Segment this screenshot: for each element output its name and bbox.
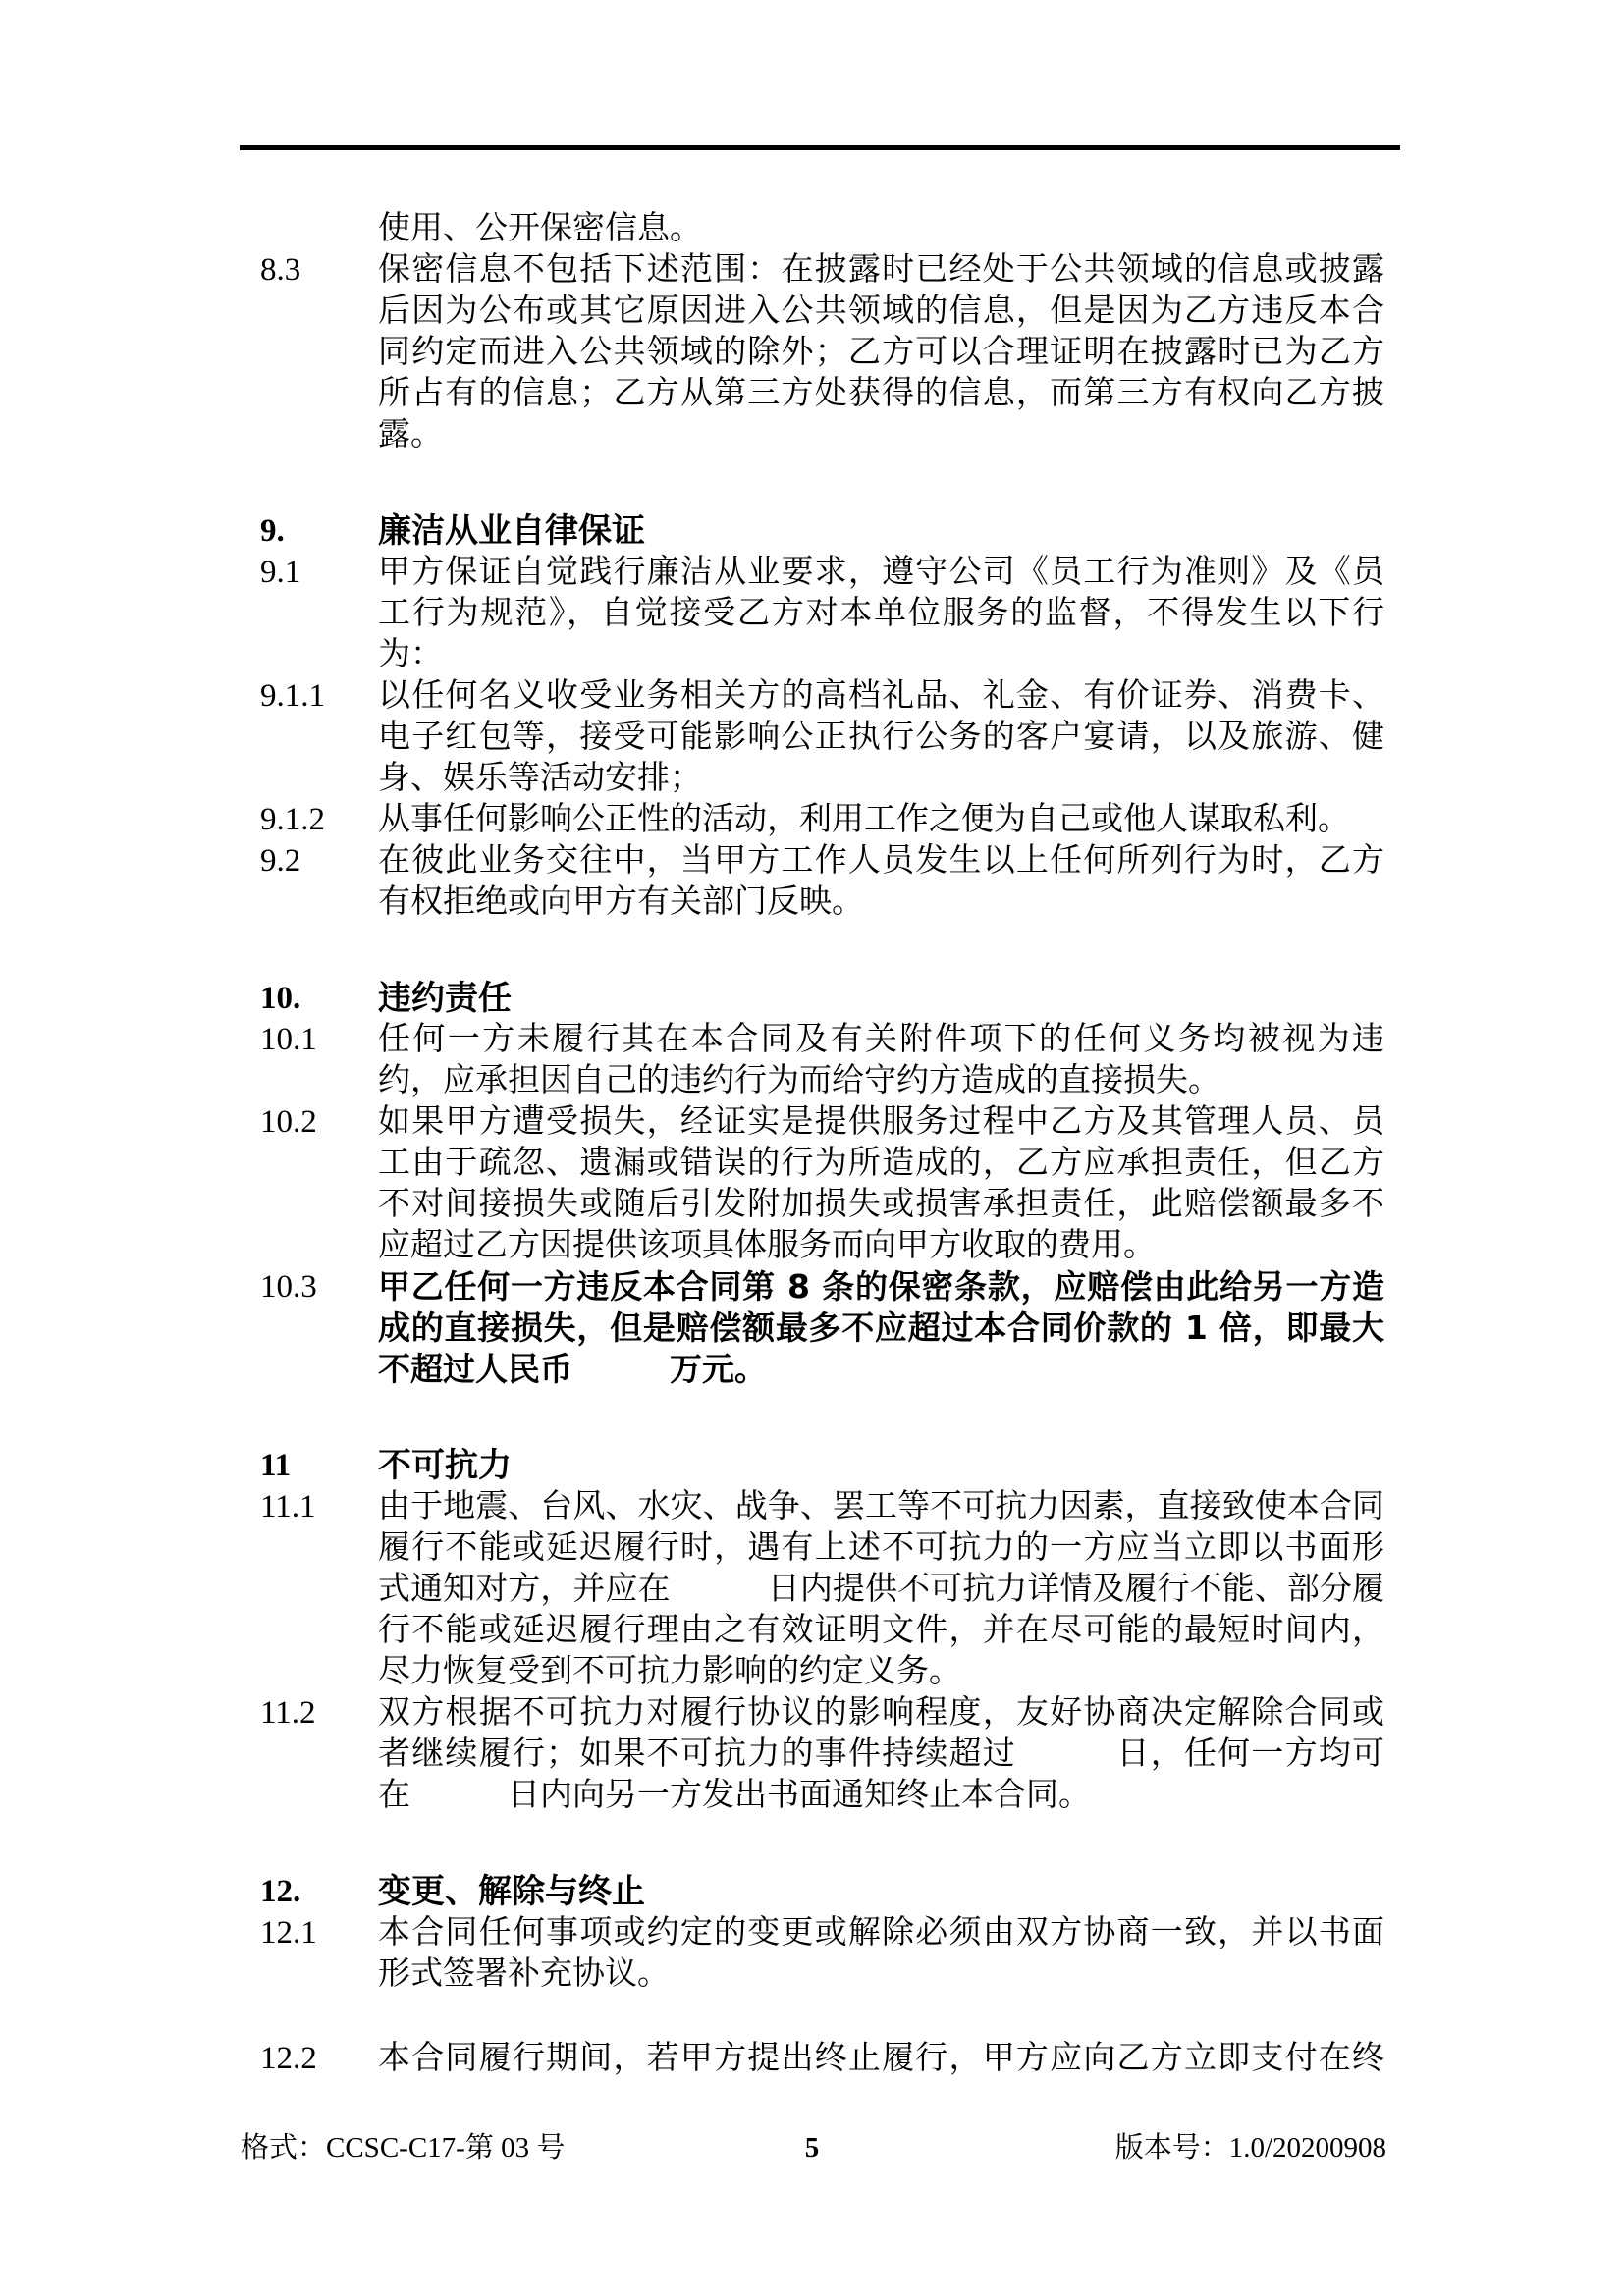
text-line: 由于地震、台风、水灾、战争、罢工等不可抗力因素，直接致使本合同 (378, 1486, 1384, 1527)
clause-11-2: 11.2双方根据不可抗力对履行协议的影响程度，友好协商决定解除合同或者继续履行；… (0, 1692, 1624, 1816)
clause-text: 由于地震、台风、水灾、战争、罢工等不可抗力因素，直接致使本合同履行不能或延迟履行… (378, 1486, 1384, 1692)
clause-8-3: 8.3保密信息不包括下述范围：在披露时已经处于公共领域的信息或披露后因为公布或其… (0, 249, 1624, 455)
clause-text: 任何一方未履行其在本合同及有关附件项下的任何义务均被视为违约，应承担因自己的违约… (378, 1019, 1384, 1101)
clause-text: 甲方保证自觉践行廉洁从业要求，遵守公司《员工行为准则》及《员工行为规范》，自觉接… (378, 552, 1384, 675)
continuation-line: 使用、公开保密信息。 (0, 208, 1624, 249)
clause-text: 双方根据不可抗力对履行协议的影响程度，友好协商决定解除合同或者继续履行；如果不可… (378, 1692, 1384, 1816)
text-line: 为： (378, 634, 1384, 675)
text-line: 式通知对方，并应在 日内提供不可抗力详情及履行不能、部分履 (378, 1569, 1384, 1610)
clause-number: 11.2 (260, 1692, 378, 1734)
section-heading-12: 12.变更、解除与终止 (0, 1871, 1624, 1912)
text-line: 双方根据不可抗力对履行协议的影响程度，友好协商决定解除合同或 (378, 1692, 1384, 1734)
clause-number: 10.1 (260, 1019, 378, 1060)
clause-number: 12.1 (260, 1912, 378, 1953)
text-line: 应超过乙方因提供该项具体服务而向甲方收取的费用。 (378, 1225, 1384, 1266)
clause-number: 8.3 (260, 249, 378, 291)
clause-number: 9.2 (260, 840, 378, 881)
clause-text: 不可抗力 (378, 1445, 1384, 1486)
clause-number: 12. (260, 1871, 378, 1912)
text-line: 廉洁从业自律保证 (378, 510, 1384, 552)
clause-number: 9.1 (260, 552, 378, 593)
text-line: 所占有的信息；乙方从第三方处获得的信息，而第三方有权向乙方披 (378, 373, 1384, 414)
clause-text: 从事任何影响公正性的活动，利用工作之便为自己或他人谋取私利。 (378, 799, 1384, 840)
text-line: 在彼此业务交往中，当甲方工作人员发生以上任何所列行为时，乙方 (378, 840, 1384, 881)
text-line: 甲乙任何一方违反本合同第 8 条的保密条款，应赔偿由此给另一方造 (378, 1266, 1384, 1308)
clause-number: 10.3 (260, 1266, 378, 1308)
text-line: 本合同任何事项或约定的变更或解除必须由双方协商一致，并以书面 (378, 1912, 1384, 1953)
text-line: 在 日内向另一方发出书面通知终止本合同。 (378, 1775, 1384, 1816)
clause-10-1: 10.1任何一方未履行其在本合同及有关附件项下的任何义务均被视为违约，应承担因自… (0, 1019, 1624, 1101)
clause-number: 10. (260, 978, 378, 1019)
text-line: 者继续履行；如果不可抗力的事件持续超过 日，任何一方均可 (378, 1734, 1384, 1775)
contract-page: 使用、公开保密信息。8.3保密信息不包括下述范围：在披露时已经处于公共领域的信息… (0, 0, 1624, 2296)
text-line: 履行不能或延迟履行时，遇有上述不可抗力的一方应当立即以书面形 (378, 1527, 1384, 1569)
text-line: 成的直接损失，但是赔偿额最多不应超过本合同价款的 1 倍，即最大 (378, 1308, 1384, 1349)
text-line: 同约定而进入公共领域的除外；乙方可以合理证明在披露时已为乙方 (378, 332, 1384, 373)
text-line: 以任何名义收受业务相关方的高档礼品、礼金、有价证券、消费卡、 (378, 675, 1384, 717)
text-line: 行不能或延迟履行理由之有效证明文件，并在尽可能的最短时间内， (378, 1610, 1384, 1651)
text-line: 变更、解除与终止 (378, 1871, 1384, 1912)
clause-10-2: 10.2如果甲方遭受损失，经证实是提供服务过程中乙方及其管理人员、员工由于疏忽、… (0, 1101, 1624, 1266)
clause-text: 如果甲方遭受损失，经证实是提供服务过程中乙方及其管理人员、员工由于疏忽、遗漏或错… (378, 1101, 1384, 1266)
clause-9-1-1: 9.1.1以任何名义收受业务相关方的高档礼品、礼金、有价证券、消费卡、电子红包等… (0, 675, 1624, 799)
text-line: 身、娱乐等活动安排； (378, 758, 1384, 799)
clause-text: 本合同任何事项或约定的变更或解除必须由双方协商一致，并以书面形式签署补充协议。 (378, 1912, 1384, 1995)
text-line: 不对间接损失或随后引发附加损失或损害承担责任，此赔偿额最多不 (378, 1184, 1384, 1225)
clause-text: 以任何名义收受业务相关方的高档礼品、礼金、有价证券、消费卡、电子红包等，接受可能… (378, 675, 1384, 799)
text-line: 如果甲方遭受损失，经证实是提供服务过程中乙方及其管理人员、员 (378, 1101, 1384, 1143)
text-line: 有权拒绝或向甲方有关部门反映。 (378, 881, 1384, 923)
header-rule (240, 145, 1400, 150)
clause-text: 变更、解除与终止 (378, 1871, 1384, 1912)
clause-12-1: 12.1本合同任何事项或约定的变更或解除必须由双方协商一致，并以书面形式签署补充… (0, 1912, 1624, 1995)
text-line: 露。 (378, 414, 1384, 455)
section-heading-9: 9.廉洁从业自律保证 (0, 510, 1624, 552)
text-line: 任何一方未履行其在本合同及有关附件项下的任何义务均被视为违 (378, 1019, 1384, 1060)
section-heading-10: 10.违约责任 (0, 978, 1624, 1019)
text-line: 甲方保证自觉践行廉洁从业要求，遵守公司《员工行为准则》及《员 (378, 552, 1384, 593)
clause-9-1: 9.1甲方保证自觉践行廉洁从业要求，遵守公司《员工行为准则》及《员工行为规范》，… (0, 552, 1624, 675)
text-line: 尽力恢复受到不可抗力影响的约定义务。 (378, 1651, 1384, 1692)
clause-text: 甲乙任何一方违反本合同第 8 条的保密条款，应赔偿由此给另一方造成的直接损失，但… (378, 1266, 1384, 1390)
clause-number: 9.1.2 (260, 799, 378, 840)
clause-text: 廉洁从业自律保证 (378, 510, 1384, 552)
text-line: 违约责任 (378, 978, 1384, 1019)
text-line: 不可抗力 (378, 1445, 1384, 1486)
clause-text: 在彼此业务交往中，当甲方工作人员发生以上任何所列行为时，乙方有权拒绝或向甲方有关… (378, 840, 1384, 923)
text-line: 后因为公布或其它原因进入公共领域的信息，但是因为乙方违反本合 (378, 291, 1384, 332)
section-heading-11: 11不可抗力 (0, 1445, 1624, 1486)
clause-text: 使用、公开保密信息。 (378, 208, 1384, 249)
text-line: 电子红包等，接受可能影响公正执行公务的客户宴请，以及旅游、健 (378, 717, 1384, 758)
clause-number: 11.1 (260, 1486, 378, 1527)
text-line: 工由于疏忽、遗漏或错误的行为所造成的，乙方应承担责任，但乙方 (378, 1143, 1384, 1184)
clause-9-1-2: 9.1.2从事任何影响公正性的活动，利用工作之便为自己或他人谋取私利。 (0, 799, 1624, 840)
clause-number: 9.1.1 (260, 675, 378, 717)
contract-body: 使用、公开保密信息。8.3保密信息不包括下述范围：在披露时已经处于公共领域的信息… (0, 208, 1624, 2079)
clause-number: 11 (260, 1445, 378, 1486)
clause-text: 保密信息不包括下述范围：在披露时已经处于公共领域的信息或披露后因为公布或其它原因… (378, 249, 1384, 455)
text-line: 使用、公开保密信息。 (378, 208, 1384, 249)
footer-version: 版本号：1.0/20200908 (1115, 2128, 1386, 2167)
text-line: 工行为规范》，自觉接受乙方对本单位服务的监督，不得发生以下行 (378, 593, 1384, 634)
text-line: 约，应承担因自己的违约行为而给守约方造成的直接损失。 (378, 1060, 1384, 1101)
text-line: 从事任何影响公正性的活动，利用工作之便为自己或他人谋取私利。 (378, 799, 1384, 840)
clause-12-2: 12.2本合同履行期间，若甲方提出终止履行，甲方应向乙方立即支付在终 (0, 2038, 1624, 2079)
text-line: 保密信息不包括下述范围：在披露时已经处于公共领域的信息或披露 (378, 249, 1384, 291)
clause-text: 违约责任 (378, 978, 1384, 1019)
clause-number: 9. (260, 510, 378, 552)
clause-number: 10.2 (260, 1101, 378, 1143)
clause-9-2: 9.2在彼此业务交往中，当甲方工作人员发生以上任何所列行为时，乙方有权拒绝或向甲… (0, 840, 1624, 923)
text-line: 形式签署补充协议。 (378, 1953, 1384, 1995)
text-line: 不超过人民币 万元。 (378, 1349, 1384, 1390)
clause-number: 12.2 (260, 2038, 378, 2079)
clause-11-1: 11.1由于地震、台风、水灾、战争、罢工等不可抗力因素，直接致使本合同履行不能或… (0, 1486, 1624, 1692)
text-line: 本合同履行期间，若甲方提出终止履行，甲方应向乙方立即支付在终 (378, 2038, 1384, 2079)
clause-text: 本合同履行期间，若甲方提出终止履行，甲方应向乙方立即支付在终 (378, 2038, 1384, 2079)
clause-10-3: 10.3甲乙任何一方违反本合同第 8 条的保密条款，应赔偿由此给另一方造成的直接… (0, 1266, 1624, 1390)
